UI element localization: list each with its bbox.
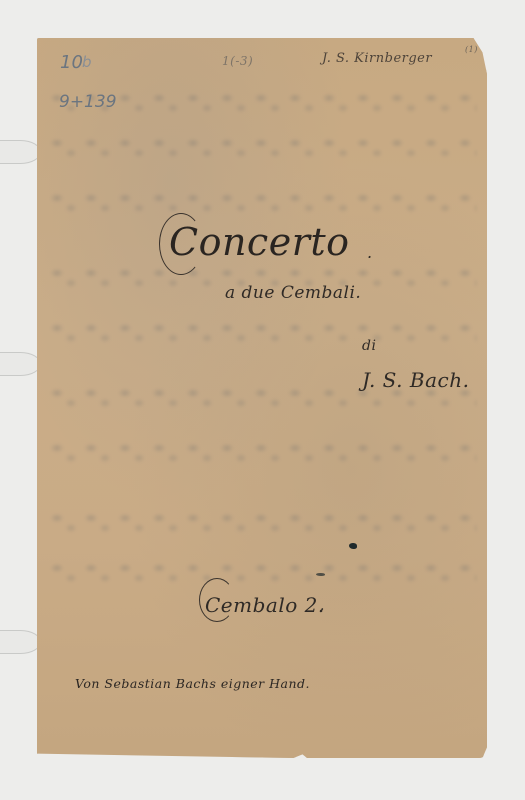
manuscript-page: 10 b 9+139 1(-3) J. S. Kirnberger (1) Co… (37, 38, 487, 758)
shelfmark-top: 10 (60, 52, 83, 73)
bleed-through-notation (47, 558, 477, 588)
shelfmark-number: 9+139 (59, 92, 117, 112)
subtitle: a due Cembali. (225, 283, 361, 303)
part-dot: . (320, 598, 325, 614)
bleed-through-notation (47, 188, 477, 218)
title: Concerto (169, 220, 350, 264)
owner-inscription: J. S. Kirnberger (322, 51, 432, 66)
composer-prefix: di (362, 338, 376, 354)
bleed-through-notation (47, 438, 477, 468)
binding-string-loop-middle (0, 352, 41, 376)
composer-name: J. S. Bach. (362, 368, 469, 392)
provenance-note: Von Sebastian Bachs eigner Hand. (75, 676, 310, 691)
binding-string-loop-top (0, 140, 41, 164)
binding-string-loop-bottom (0, 630, 41, 654)
ink-mark (316, 573, 325, 576)
bleed-through-notation (47, 318, 477, 348)
bleed-through-notation (47, 508, 477, 538)
page-range: 1(-3) (222, 54, 253, 68)
bleed-through-notation (47, 133, 477, 163)
title-dot: . (367, 243, 373, 262)
part-label: Cembalo 2. (205, 593, 325, 617)
folio-number: (1) (465, 45, 478, 54)
ink-blot (349, 543, 357, 549)
shelfmark-mark: b (82, 53, 92, 71)
